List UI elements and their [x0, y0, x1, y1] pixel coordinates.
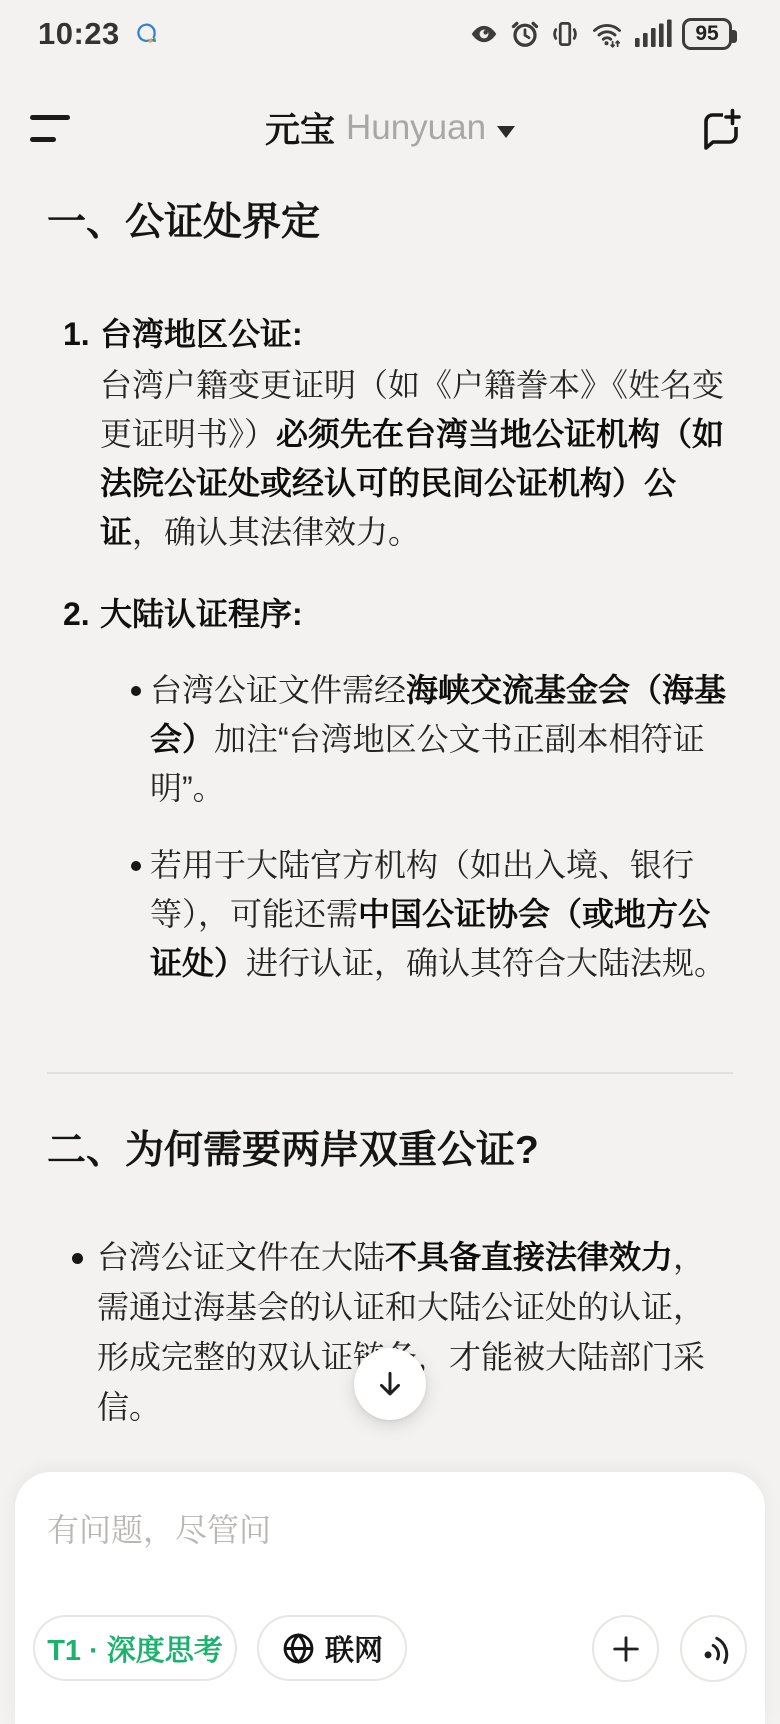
list-item-2: 2. 大陆认证程序:: [47, 590, 733, 638]
bullet-dot-icon: [131, 686, 141, 696]
new-chat-button[interactable]: [699, 107, 743, 155]
section-heading: 二、为何需要两岸双重公证?: [47, 1128, 733, 1174]
bullet-dot-icon: [72, 1253, 83, 1264]
signal-bars-icon: [634, 19, 672, 49]
deep-think-label: T1 · 深度思考: [47, 1628, 223, 1669]
section-divider: [47, 1072, 733, 1074]
battery-percent: 95: [695, 22, 718, 46]
arrow-down-icon: [373, 1367, 407, 1401]
battery-nub: [732, 30, 737, 43]
eye-comfort-icon: [468, 20, 500, 48]
list-item-label: 大陆认证程序:: [100, 596, 303, 632]
model-selector[interactable]: 元宝 Hunyuan: [0, 95, 780, 161]
list-number: 2.: [63, 590, 90, 638]
plus-mark: [726, 111, 739, 124]
clock: 10:23: [38, 16, 120, 52]
app-title-cn: 元宝: [265, 103, 335, 153]
list-item-label: 台湾地区公证:: [100, 316, 303, 352]
app-screen: 10:23 95: [0, 0, 780, 1724]
paragraph: 若用于大陆官方机构（如出入境、银行等），可能还需中国公证协会（或地方公证处）进行…: [47, 841, 727, 988]
list-item-1: 1. 台湾地区公证: 台湾户籍变更证明（如《户籍誊本》《姓名变更证明书》）必须先…: [47, 310, 733, 557]
paragraph: 台湾户籍变更证明（如《户籍誊本》《姓名变更证明书》）必须先在台湾当地公证机构（如…: [100, 361, 727, 557]
wifi-icon: [590, 19, 624, 49]
battery-icon: 95: [682, 18, 732, 50]
deep-think-toggle[interactable]: T1 · 深度思考: [33, 1615, 237, 1681]
web-search-label: 联网: [325, 1628, 383, 1669]
message-input[interactable]: [45, 1504, 685, 1556]
bullet-dot-icon: [131, 861, 141, 871]
notification-chat-bubble-icon: [133, 21, 160, 48]
voice-input-button[interactable]: [680, 1615, 747, 1682]
answer-section-1: 一、公证处界定 1. 台湾地区公证: 台湾户籍变更证明（如《户籍誊本》《姓名变更…: [47, 200, 733, 988]
composer-card: T1 · 深度思考 联网: [15, 1472, 765, 1724]
web-search-toggle[interactable]: 联网: [257, 1615, 407, 1681]
app-title-en: Hunyuan: [346, 108, 486, 148]
sub-bullet-1: 台湾公证文件需经海峡交流基金会（海基会）加注“台湾地区公文书正副本相符证明”。: [47, 666, 733, 813]
paragraph: 台湾公证文件需经海峡交流基金会（海基会）加注“台湾地区公文书正副本相符证明”。: [47, 666, 727, 813]
section-heading: 一、公证处界定: [47, 200, 733, 246]
voice-wave-icon: [696, 1631, 732, 1667]
list-number: 1.: [63, 310, 90, 358]
globe-icon: [281, 1631, 316, 1666]
add-attachment-button[interactable]: [592, 1615, 659, 1682]
plus-icon: [608, 1631, 644, 1667]
sub-bullet-2: 若用于大陆官方机构（如出入境、银行等），可能还需中国公证协会（或地方公证处）进行…: [47, 841, 733, 988]
chevron-down-icon: [497, 126, 515, 138]
app-header: 元宝 Hunyuan: [0, 95, 780, 161]
status-bar: 10:23 95: [0, 14, 780, 60]
alarm-icon: [510, 19, 540, 49]
scroll-to-bottom-button[interactable]: [354, 1348, 426, 1420]
vibrate-icon: [550, 19, 580, 49]
